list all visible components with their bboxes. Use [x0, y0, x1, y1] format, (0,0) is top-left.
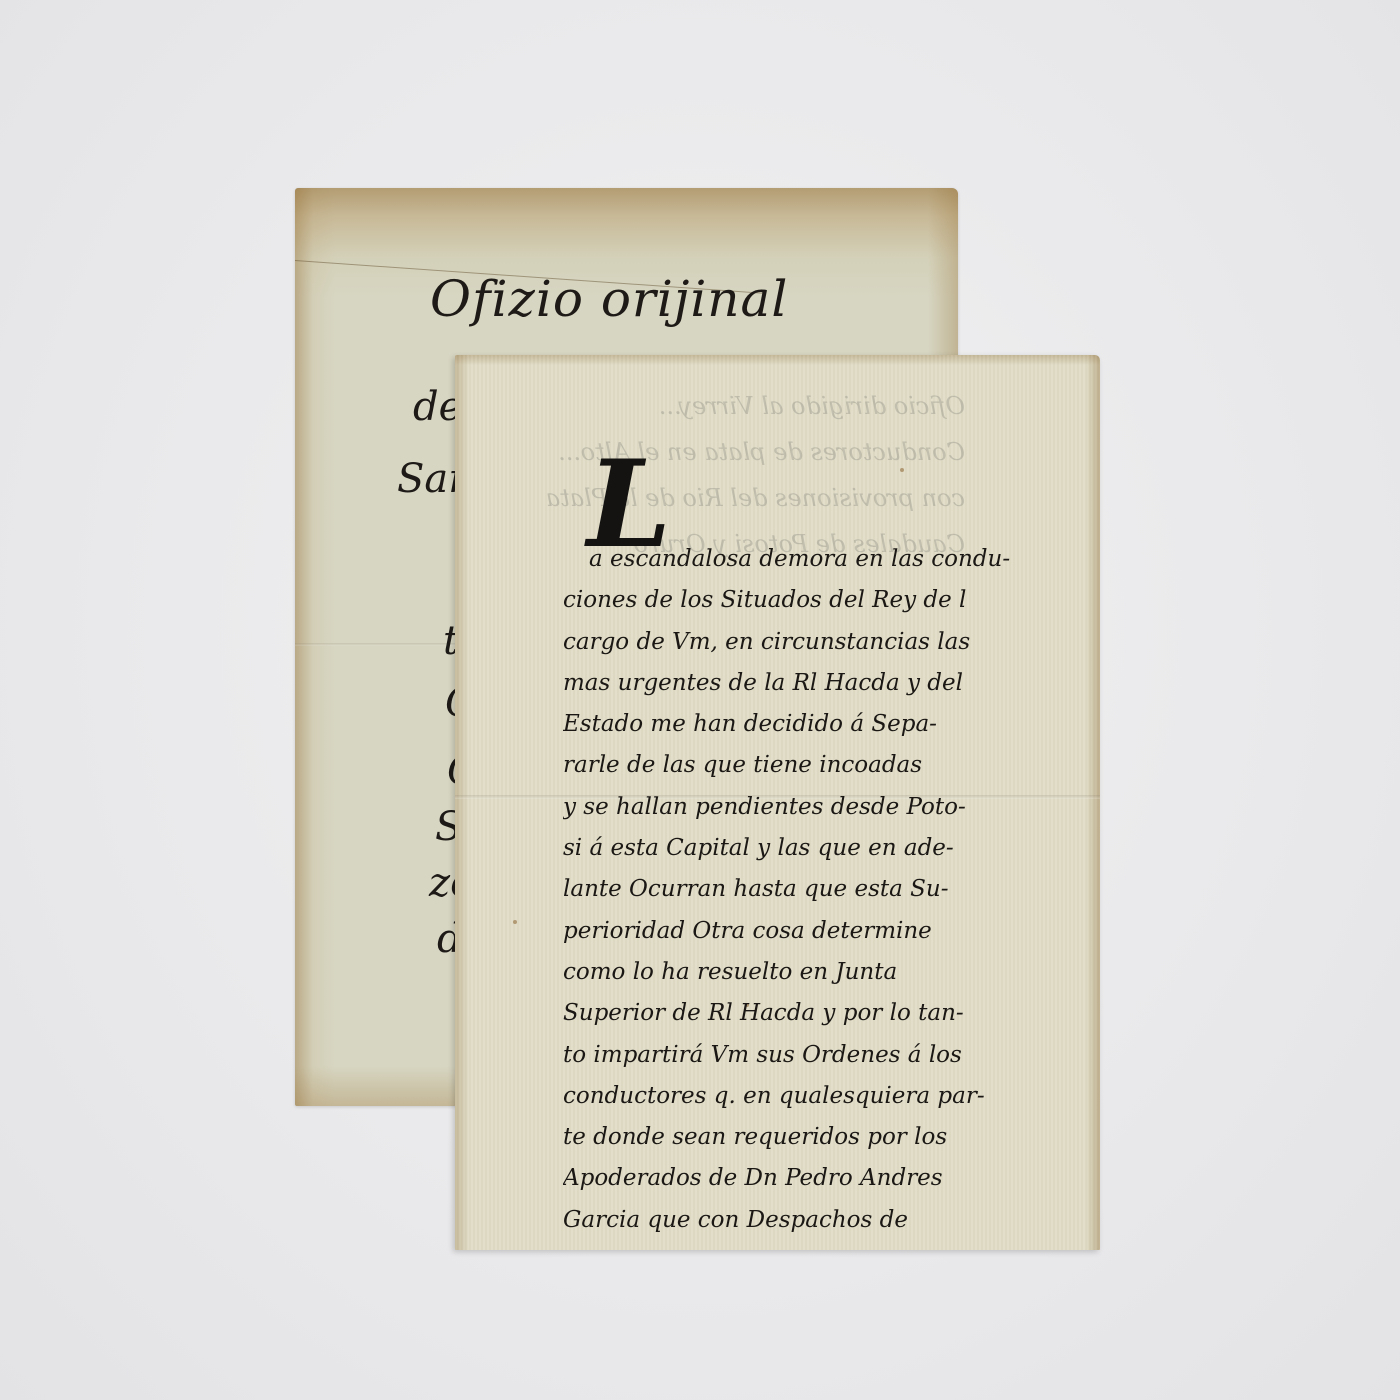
manuscript-line: conductores q. en qualesquiera par- — [563, 1076, 1080, 1117]
front-manuscript-sheet: Oficio dirigido al Virrey... Conductores… — [455, 355, 1100, 1250]
manuscript-line: como lo ha resuelto en Junta — [563, 952, 1080, 993]
back-sheet-title: Ofizio orijinal — [430, 270, 788, 328]
bleed-line: Conductores de plata en el Alto... — [485, 429, 965, 475]
manuscript-line: Estado me han decidido á Sepa- — [563, 704, 1080, 745]
manuscript-line: te donde sean requeridos por los — [563, 1117, 1080, 1158]
manuscript-line: perioridad Otra cosa determine — [563, 911, 1080, 952]
manuscript-line: y se hallan pendientes desde Poto- — [563, 787, 1080, 828]
manuscript-line: lante Ocurran hasta que esta Su- — [563, 869, 1080, 910]
manuscript-line: Superior de Rl Hacda y por lo tan- — [563, 993, 1080, 1034]
manuscript-line: si á esta Capital y las que en ade- — [563, 828, 1080, 869]
manuscript-line: rarle de las que tiene incoadas — [563, 745, 1080, 786]
manuscript-line: Apoderados de Dn Pedro Andres — [563, 1158, 1080, 1199]
manuscript-line: mas urgentes de la Rl Hacda y del — [563, 663, 1080, 704]
bleed-line: con provisiones del Rio de la Plata — [485, 475, 965, 521]
manuscript-body: a escandalosa demora en las condu- cione… — [563, 539, 1080, 1241]
manuscript-line: ciones de los Situados del Rey de l — [563, 580, 1080, 621]
manuscript-line: cargo de Vm, en circunstancias las — [563, 622, 1080, 663]
bleed-line: Oficio dirigido al Virrey... — [485, 383, 965, 429]
ink-spot — [513, 920, 517, 924]
manuscript-line: Garcia que con Despachos de — [563, 1200, 1080, 1241]
manuscript-line: to impartirá Vm sus Ordenes á los — [563, 1035, 1080, 1076]
ink-spot — [900, 468, 904, 472]
manuscript-line: a escandalosa demora en las condu- — [563, 539, 1080, 580]
